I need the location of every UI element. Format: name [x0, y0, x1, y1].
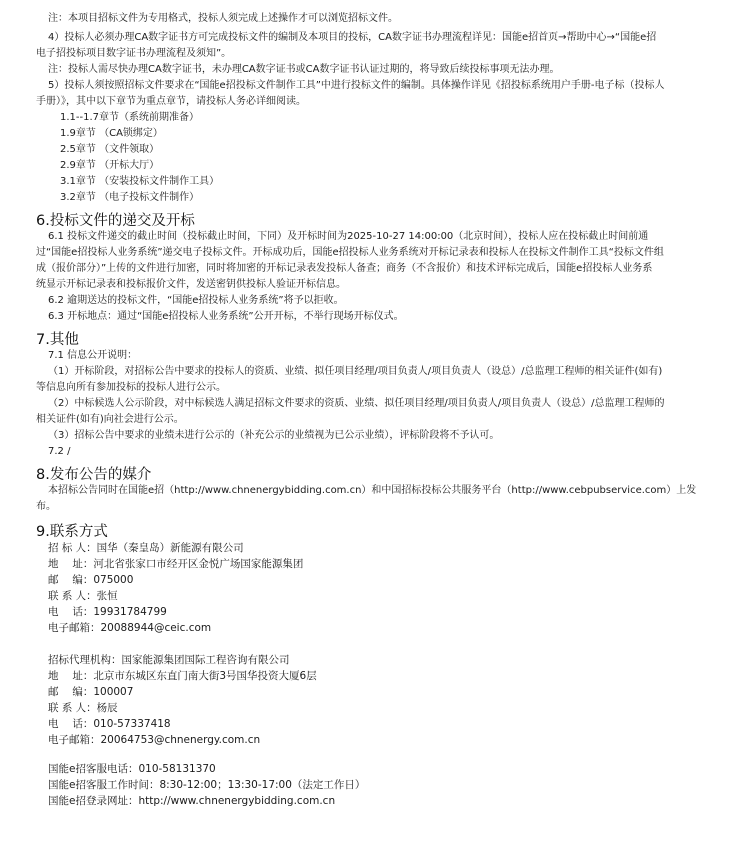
section-8-heading: 8.发布公告的媒介 [36, 466, 151, 484]
para-6-1-line-2: 过“国能e招投标人业务系统”递交电子投标文件。开标成功后，国能e招投标人业务系统… [36, 246, 664, 259]
section-6-heading: 6.投标文件的递交及开标 [36, 212, 195, 230]
item-7-1-2-line-1: （2）中标候选人公示阶段，对中标候选人满足招标文件要求的资质、业绩、拟任项目经理… [48, 397, 664, 410]
tenderer-contact-person: 联 系 人：张恒 [48, 590, 118, 603]
media-line-1: 本招标公告同时在国能e招（http://www.chnenergybidding… [48, 484, 696, 497]
agency-email: 电子邮箱：20064753@chnenergy.com.cn [48, 734, 260, 747]
para-6-1-line-1: 6.1 投标文件递交的截止时间（投标截止时间，下同）及开标时间为2025-10-… [48, 230, 648, 243]
agency-name: 招标代理机构：国家能源集团国际工程咨询有限公司 [48, 654, 290, 667]
service-login-url: 国能e招登录网址：http://www.chnenergybidding.com… [48, 795, 335, 808]
tenderer-postcode: 邮 编：075000 [48, 574, 133, 587]
tenderer-address: 地 址：河北省张家口市经开区金悦广场国家能源集团 [48, 558, 303, 571]
item-5-line-2: 手册）》，其中以下章节为重点章节，请投标人务必详细阅读。 [36, 95, 306, 108]
tenderer-phone: 电 话：19931784799 [48, 606, 167, 619]
para-6-3: 6.3 开标地点：通过“国能e招投标人业务系统”公开开标，不举行现场开标仪式。 [48, 310, 404, 323]
item-5-line-1: 5）投标人须按照招标文件要求在“国能e招投标文件制作工具”中进行投标文件的编制。… [48, 79, 664, 92]
para-6-1-line-4: 统显示开标记录表和投标报价文件，发送密钥供投标人验证开标信息。 [36, 278, 346, 291]
item-4-line-2: 电子招投标项目数字证书办理流程及须知”。 [36, 47, 231, 60]
item-7-1-1-line-1: （1）开标阶段，对招标公告中要求的投标人的资质、业绩、拟任项目经理/项目负责人/… [48, 365, 662, 378]
item-7-1-2-line-2: 相关证件(如有)向社会进行公示。 [36, 413, 184, 426]
tenderer-name: 招 标 人：国华（秦皇岛）新能源有限公司 [48, 542, 244, 555]
chapter-item: 1.1--1.7章节（系统前期准备） [60, 111, 199, 124]
note-ca: 注：投标人需尽快办理CA数字证书，未办理CA数字证书或CA数字证书认证过期的，将… [48, 63, 559, 76]
media-line-2: 布。 [36, 500, 56, 513]
chapter-item: 3.1章节 （安装投标文件制作工具） [60, 175, 219, 188]
agency-contact-person: 联 系 人：杨辰 [48, 702, 118, 715]
para-6-1-line-3: 成（报价部分）”上传的文件进行加密，同时将加密的开标记录表发投标人备查；商务（不… [36, 262, 652, 275]
chapter-item: 2.9章节 （开标大厅） [60, 159, 159, 172]
chapter-item: 2.5章节 （文件领取） [60, 143, 159, 156]
para-6-2: 6.2 逾期送达的投标文件，“国能e招投标人业务系统”将予以拒收。 [48, 294, 344, 307]
note-format: 注：本项目招标文件为专用格式，投标人须完成上述操作才可以浏览招标文件。 [48, 12, 398, 25]
item-7-1-1-line-2: 等信息向所有参加投标的投标人进行公示。 [36, 381, 226, 394]
item-7-1-3: （3）招标公告中要求的业绩未进行公示的（补充公示的业绩视为已公示业绩），评标阶段… [48, 429, 499, 442]
agency-address: 地 址：北京市东城区东直门南大街3号国华投资大厦6层 [48, 670, 317, 683]
para-7-2: 7.2 / [48, 445, 70, 458]
tenderer-email: 电子邮箱：20088944@ceic.com [48, 622, 211, 635]
chapter-item: 3.2章节 （电子投标文件制作） [60, 191, 199, 204]
section-9-heading: 9.联系方式 [36, 523, 108, 541]
agency-postcode: 邮 编：100007 [48, 686, 133, 699]
para-7-1: 7.1 信息公开说明： [48, 349, 137, 362]
chapter-item: 1.9章节 （CA锁绑定） [60, 127, 163, 140]
item-4-line-1: 4）投标人必须办理CA数字证书方可完成投标文件的编制及本项目的投标，CA数字证书… [48, 31, 656, 44]
service-hours: 国能e招客服工作时间：8:30-12:00；13:30-17:00（法定工作日） [48, 779, 365, 792]
agency-phone: 电 话：010-57337418 [48, 718, 171, 731]
service-phone: 国能e招客服电话：010-58131370 [48, 763, 216, 776]
section-7-heading: 7.其他 [36, 331, 79, 349]
